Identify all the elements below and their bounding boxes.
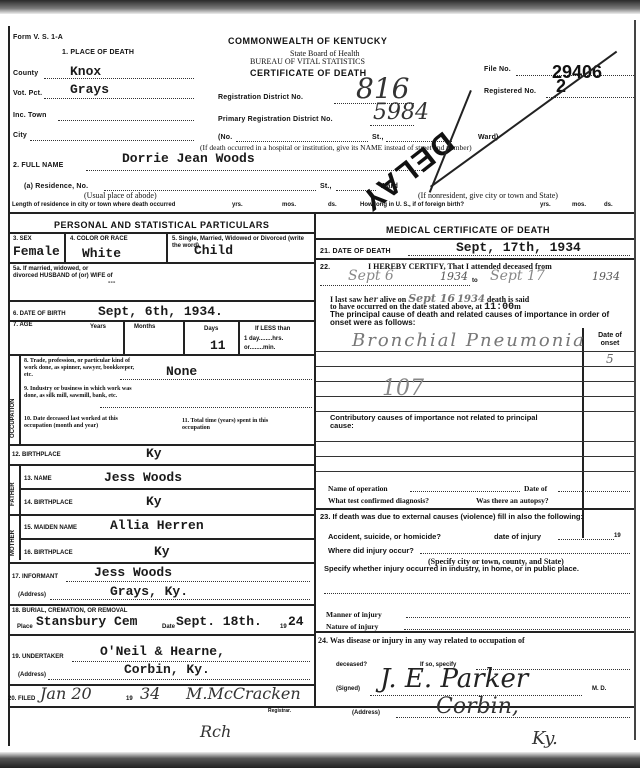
- certificate-title: CERTIFICATE OF DEATH: [250, 68, 367, 78]
- rule: [8, 320, 314, 322]
- table-bottom-rule: [8, 706, 634, 708]
- dod-value: Sept, 17th, 1934: [456, 240, 581, 255]
- foreign-mos-label: mos.: [572, 202, 586, 208]
- rule: [8, 300, 314, 302]
- st-label: St.,: [372, 134, 384, 141]
- sex-label: 3. SEX: [13, 236, 32, 242]
- rule: [166, 232, 168, 262]
- father-name-label: 13. NAME: [24, 476, 52, 482]
- residence-st-label: St.,: [320, 183, 332, 190]
- residence-label: (a) Residence, No.: [24, 183, 88, 190]
- trade-field: [120, 376, 312, 380]
- rule: [316, 396, 634, 397]
- undertaker-value: O'Neil & Hearne,: [100, 644, 225, 659]
- bottom-initials: Rch: [200, 722, 231, 741]
- registered-no-label: Registered No.: [484, 88, 536, 95]
- operation-date-label: Date of: [524, 484, 547, 493]
- primary-reg-value: 5984: [373, 100, 429, 125]
- operation-label: Name of operation: [328, 484, 388, 493]
- occupation-question-label: 24. Was disease or injury in any way rel…: [318, 636, 525, 645]
- rule: [316, 411, 634, 412]
- spouse-value: ---: [108, 279, 116, 286]
- operation-field: [410, 484, 520, 492]
- yrs-label: yrs.: [232, 202, 243, 208]
- physician-address-label: (Address): [352, 710, 380, 716]
- form-number: Form V. S. 1-A: [13, 34, 63, 41]
- spouse-label: 5a. If married, widowed, or divorced HUS…: [13, 266, 113, 280]
- city-field: [30, 132, 194, 141]
- injury-year-prefix: 19: [614, 533, 621, 539]
- min-label: or........min.: [244, 345, 275, 351]
- abode-note: (Usual place of abode): [84, 191, 157, 200]
- inc-town-label: Inc. Town: [13, 112, 47, 119]
- days-value: 11: [210, 338, 226, 353]
- rule: [316, 456, 634, 457]
- reg-district-label: Registration District No.: [218, 94, 303, 101]
- attended-from-value: Sept 6: [348, 268, 394, 284]
- county-value: Knox: [70, 64, 101, 79]
- onset-value: 5: [606, 352, 614, 366]
- filed-year-value: 34: [140, 684, 160, 703]
- where-injury-label: Where did injury occur?: [328, 546, 414, 555]
- father-side-label: FATHER: [10, 470, 16, 506]
- age-label: 7. AGE: [13, 322, 32, 328]
- dob-value: Sept, 6th, 1934.: [98, 304, 223, 319]
- rule: [316, 508, 634, 510]
- external-causes-label: 23. If death was due to external causes …: [320, 513, 630, 521]
- industry-label: 9. Industry or business in which work wa…: [24, 386, 144, 400]
- rule: [8, 604, 314, 606]
- deceased-label: deceased?: [336, 662, 367, 668]
- medical-heading: MEDICAL CERTIFICATE OF DEATH: [386, 225, 550, 235]
- right-border: [634, 20, 636, 740]
- to-label: to: [472, 278, 478, 284]
- attended-to-value: Sept 17: [490, 268, 545, 284]
- physician-signature: J. E. Parker: [380, 664, 528, 694]
- rule: [316, 258, 634, 260]
- informant-label: 17. INFORMANT: [12, 574, 58, 580]
- less-than-label: If LESS than: [255, 326, 290, 332]
- signed-label: (Signed): [336, 686, 360, 692]
- years-label: Years: [90, 324, 106, 330]
- dod-label: 21. DATE OF DEATH: [320, 248, 391, 255]
- rule: [316, 441, 634, 442]
- rule: [19, 488, 314, 490]
- rule: [64, 232, 66, 262]
- rule: [316, 631, 634, 633]
- mother-birthplace-value: Ky: [154, 544, 170, 559]
- bureau-name: BUREAU OF VITAL STATISTICS: [250, 57, 365, 66]
- no-label: (No.: [218, 134, 232, 141]
- marital-label: 5. Single, Married, Widowed or Divorced …: [172, 236, 312, 250]
- burial-date-label: Date: [162, 624, 175, 630]
- registrar-signature: M.McCracken: [186, 684, 301, 703]
- filed-date-value: Jan 20: [40, 684, 92, 703]
- marital-value: Child: [194, 243, 233, 258]
- months-label: Months: [134, 324, 155, 330]
- attended-to-year: 1934: [592, 270, 620, 283]
- burial-year-value: 24: [288, 614, 304, 629]
- informant-address-label: (Address): [18, 592, 46, 598]
- rule: [19, 354, 21, 444]
- last-worked-label: 10. Date deceased last worked at this oc…: [24, 416, 134, 430]
- county-label: County: [13, 70, 38, 77]
- county-field: [44, 70, 194, 79]
- injury-date-label: date of injury: [494, 532, 541, 541]
- where-injury-field: [420, 546, 630, 554]
- rule: [8, 562, 314, 564]
- street-no-field: [236, 134, 368, 142]
- registrar-label: Registrar.: [268, 708, 291, 714]
- full-name-label: 2. FULL NAME: [13, 162, 64, 169]
- rule: [8, 262, 314, 264]
- rule: [8, 634, 314, 636]
- burial-date-value: Sept. 18th.: [176, 614, 262, 629]
- rule: [183, 320, 185, 354]
- scan-bottom-edge: [0, 752, 640, 768]
- rule: [316, 471, 634, 472]
- burial-place-value: Stansbury Cem: [36, 614, 137, 629]
- industry-field: [100, 404, 312, 408]
- table-top-rule: [8, 212, 634, 214]
- city-label: City: [13, 132, 27, 139]
- undertaker-address-label: (Address): [18, 672, 46, 678]
- rule: [19, 538, 314, 540]
- principal-cause-label: The principal cause of death and related…: [330, 311, 630, 327]
- father-birthplace-value: Ky: [146, 494, 162, 509]
- hrs-label: 1 day........hrs.: [244, 336, 283, 342]
- personal-heading: PERSONAL AND STATISTICAL PARTICULARS: [54, 220, 269, 230]
- birthplace-value: Ky: [146, 446, 162, 461]
- rule: [8, 464, 314, 466]
- date-of-onset-label: Date of onset: [590, 332, 630, 348]
- rule: [316, 381, 634, 382]
- injury-date-field: [558, 532, 614, 540]
- rule: [8, 514, 314, 516]
- rule: [316, 366, 634, 367]
- nature-field: [404, 622, 630, 630]
- manner-field: [406, 610, 630, 618]
- informant-address-value: Grays, Ky.: [110, 584, 188, 599]
- birthplace-label: 12. BIRTHPLACE: [12, 452, 61, 458]
- file-no-label: File No.: [484, 66, 511, 73]
- vot-pct-field: [44, 90, 194, 99]
- vot-pct-label: Vot. Pct.: [13, 90, 42, 97]
- manner-label: Manner of injury: [326, 610, 382, 619]
- length-residence-label: Length of residence in city or town wher…: [12, 202, 175, 208]
- autopsy-label: Was there an autopsy?: [476, 496, 549, 505]
- race-value: White: [82, 246, 121, 261]
- rule: [238, 320, 240, 354]
- race-label: 4. COLOR OR RACE: [70, 236, 128, 242]
- rule: [8, 232, 314, 234]
- commonwealth-title: COMMONWEALTH OF KENTUCKY: [228, 36, 387, 46]
- foreign-ds-label: ds.: [604, 202, 613, 208]
- foreign-yrs-label: yrs.: [540, 202, 551, 208]
- operation-date-field: [558, 484, 630, 492]
- mos-label: mos.: [282, 202, 296, 208]
- ds-label: ds.: [328, 202, 337, 208]
- full-name-value: Dorrie Jean Woods: [122, 151, 255, 166]
- residence-field: [104, 183, 316, 191]
- undertaker-label: 19. UNDERTAKER: [12, 654, 64, 660]
- rule: [316, 351, 634, 352]
- test-label: What test confirmed diagnosis?: [328, 496, 429, 505]
- nonresident-note: (If nonresident, give city or town and S…: [418, 191, 558, 200]
- certify-number: 22.: [320, 264, 330, 271]
- mother-name-label: 15. MAIDEN NAME: [24, 525, 77, 531]
- rule: [582, 328, 584, 538]
- rule: [8, 354, 314, 356]
- rule: [123, 320, 125, 354]
- burial-year-prefix: 19: [280, 624, 287, 630]
- physician-address-state: Ky.: [532, 728, 558, 749]
- undertaker-address-value: Corbin, Ky.: [124, 662, 210, 677]
- mother-name-value: Allia Herren: [110, 518, 204, 533]
- industry-place-field: [324, 590, 630, 594]
- dob-label: 6. DATE OF BIRTH: [13, 311, 66, 317]
- inc-town-field: [58, 112, 194, 121]
- nature-label: Nature of injury: [326, 622, 378, 631]
- father-name-value: Jess Woods: [104, 470, 182, 485]
- rule: [19, 464, 21, 560]
- mother-birthplace-label: 16. BIRTHPLACE: [24, 550, 73, 556]
- filed-label: 20. FILED: [8, 696, 35, 702]
- accident-label: Accident, suicide, or homicide?: [328, 532, 441, 541]
- filed-year-prefix: 19: [126, 696, 133, 702]
- scan-top-edge: [0, 0, 640, 14]
- contributory-label: Contributory causes of importance not re…: [330, 414, 560, 430]
- burial-place-label: Place: [17, 624, 33, 630]
- md-label: M. D.: [592, 686, 606, 692]
- attended-from-year: 1934: [440, 270, 468, 283]
- primary-reg-label: Primary Registration District No.: [218, 116, 333, 123]
- vot-pct-value: Grays: [70, 82, 109, 97]
- informant-value: Jess Woods: [94, 565, 172, 580]
- total-time-label: 11. Total time (years) spent in this occ…: [182, 418, 272, 432]
- specify-industry-label: Specify whether injury occurred in indus…: [324, 565, 630, 573]
- mother-side-label: MOTHER: [10, 520, 16, 556]
- place-of-death-heading: 1. PLACE OF DEATH: [62, 49, 134, 56]
- days-label: Days: [204, 326, 218, 332]
- sex-value: Female: [13, 244, 60, 259]
- occupation-side-label: OCCUPATION: [10, 368, 16, 438]
- physician-address-value: Corbin,: [436, 694, 519, 719]
- cause-value: Bronchial Pneumonia: [352, 330, 586, 351]
- father-birthplace-label: 14. BIRTHPLACE: [24, 500, 73, 506]
- cause-code-value: 107: [382, 376, 424, 401]
